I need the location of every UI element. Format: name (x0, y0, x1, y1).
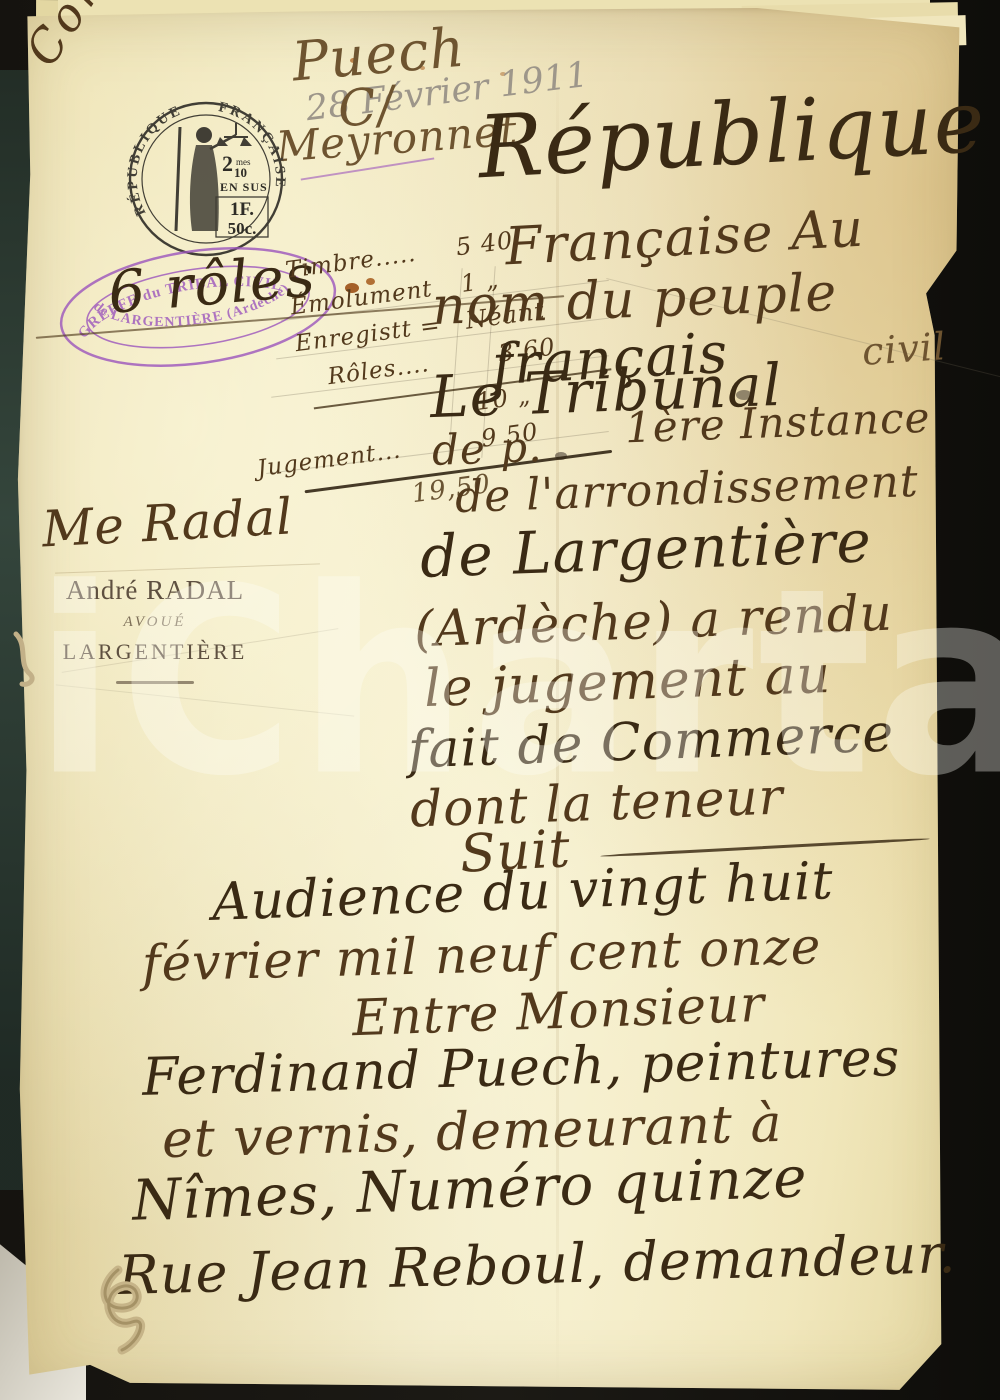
seal-top-arc-text: RÉPUBLIQUE (125, 102, 185, 218)
attorney-handwritten: Me Radal (41, 491, 294, 554)
svg-text:10: 10 (234, 165, 247, 180)
svg-text:RÉPUBLIQUE: RÉPUBLIQUE (125, 102, 185, 218)
attorney-name: André RADAL (40, 575, 270, 606)
binding-string (88, 1258, 218, 1368)
handwritten-line: le jugement au (423, 649, 832, 715)
seal-right-arc-text: FRANÇAISE (217, 99, 288, 190)
svg-text:1F.: 1F. (230, 199, 254, 220)
seal-surcharge: 2 mes 10 EN SUS (220, 151, 268, 194)
attorney-city: LARGENTIÈRE (40, 639, 270, 665)
handwritten-line: nom du peuple (431, 267, 838, 333)
handwritten-line: civil (861, 327, 948, 371)
printed-rule (116, 681, 194, 684)
handwritten-line: République (476, 79, 987, 191)
attorney-printed-block: André RADAL AVOUÉ LARGENTIÈRE (40, 575, 270, 684)
handwritten-line: de Largentière (419, 512, 872, 586)
svg-text:50c.: 50c. (228, 219, 257, 238)
frayed-thread (8, 630, 48, 690)
attorney-title: AVOUÉ (40, 614, 270, 631)
handwritten-line: 1ère Instance (624, 397, 931, 450)
handwritten-line: de p. (431, 426, 543, 472)
svg-text:EN SUS: EN SUS (220, 180, 268, 194)
svg-text:FRANÇAISE: FRANÇAISE (217, 99, 288, 190)
svg-text:2: 2 (222, 151, 233, 176)
scanned-document-page: Commerce 28 Février 1911 Puech C/ Meyron… (0, 0, 1000, 1400)
